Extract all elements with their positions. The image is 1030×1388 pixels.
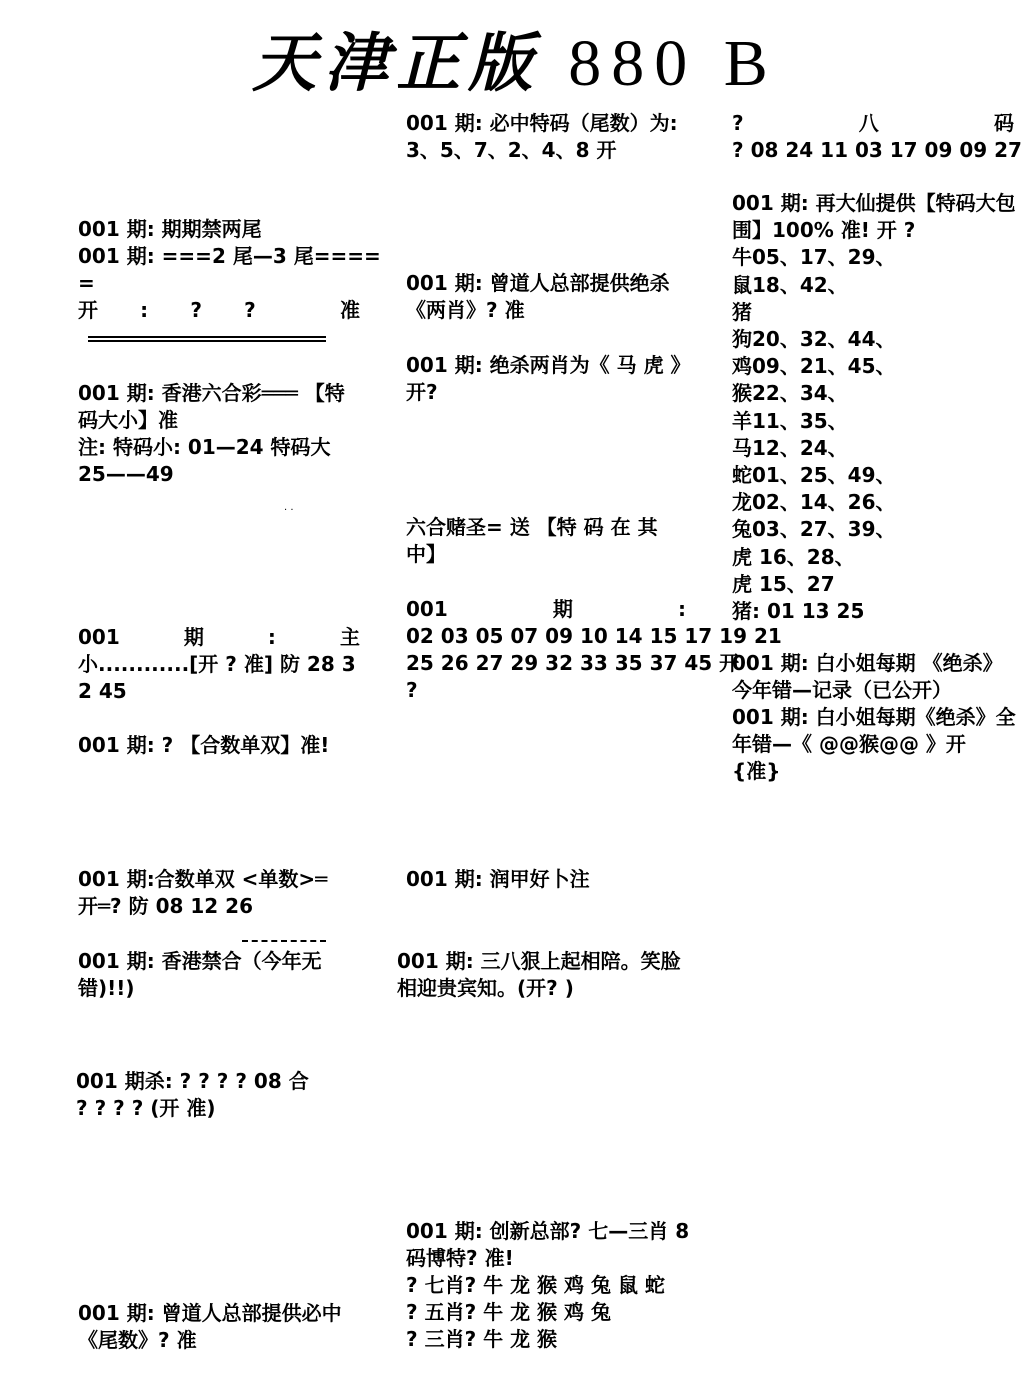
zodiac-row: 虎 15、27	[732, 571, 1022, 598]
col1-block-2: 001 期: 香港六合彩═══ 【特 码大小】准 注: 特码小: 01—24 特…	[78, 380, 360, 488]
zodiac-row: 蛇01、25、49、	[732, 462, 1022, 489]
col1-block-5: 001 期:合数单双 <单数>═ 开═? 防 08 12 26	[78, 866, 360, 920]
zodiac-row: 马12、24、	[732, 435, 1022, 462]
stray-dots: . .	[284, 502, 294, 513]
zodiac-row: 羊11、35、	[732, 408, 1022, 435]
col1-block-1: 001 期: 期期禁两尾 001 期: ===2 尾—3 尾==== = 开 :…	[78, 216, 360, 324]
zodiac-row: 龙02、14、26、	[732, 489, 1022, 516]
zodiac-row: 虎 16、28、	[732, 544, 1022, 571]
title-code: 880 B	[568, 27, 778, 100]
col2-block-5: 001 期 : 02 03 05 07 09 10 14 15 17 19 21…	[406, 596, 686, 704]
col1-block-7: 001 期杀: ? ? ? ? 08 合 ? ? ? ? (开 准)	[76, 1068, 360, 1122]
page-title: 天津正版880 B	[0, 12, 1030, 104]
zodiac-row: 牛05、17、29、	[732, 244, 1022, 271]
zodiac-row: 兔03、27、39、	[732, 516, 1022, 543]
col2-block-6: 001 期: 润甲好卜注	[406, 866, 686, 893]
col1-block-4: 001 期: ? 【合数单双】准!	[78, 732, 360, 759]
zodiac-row: 猴22、34、	[732, 380, 1022, 407]
double-divider	[88, 336, 326, 342]
col3-block-3: 001 期: 白小姐每期 《绝杀》 今年错—记录（已公开） 001 期: 白小姐…	[732, 650, 1022, 785]
title-chinese: 天津正版	[252, 26, 540, 101]
col2-block-7: 001 期: 三八狠上起相陪。笑脸 相迎贵宾知。(开? )	[397, 948, 687, 1002]
dashed-mark	[242, 940, 326, 942]
col2-block-3: 001 期: 绝杀两肖为《 马 虎 》 开?	[406, 352, 686, 406]
zodiac-row: 鸡09、21、45、	[732, 353, 1022, 380]
col2-block-4: 六合赌圣= 送 【特 码 在 其 中】	[406, 514, 686, 568]
col2-block-1: 001 期: 必中特码（尾数）为: 3、5、7、2、4、8 开	[406, 110, 686, 164]
zodiac-row: 猪: 01 13 25	[732, 598, 1022, 625]
col2-block-8: 001 期: 创新总部? 七—三肖 8 码博特? 准! ? 七肖? 牛 龙 猴 …	[406, 1218, 696, 1353]
col1-block-6: 001 期: 香港禁合（今年无 错)!!)	[78, 948, 360, 1002]
col1-block-3: 001 期 : 主 小............[开 ? 准] 防 28 3 2 …	[78, 624, 360, 705]
result-line: 开 : ? ? 准	[78, 297, 360, 324]
zodiac-row: 狗20、32、44、	[732, 326, 1022, 353]
col1-block-8: 001 期: 曾道人总部提供必中 《尾数》? 准	[78, 1300, 360, 1354]
zodiac-row: 鼠18、42、	[732, 272, 1022, 299]
col3-block-2-zodiac-list: 001 期: 再大仙提供【特码大包 围】100% 准! 开 ? 牛05、17、2…	[732, 190, 1022, 625]
col2-block-2: 001 期: 曾道人总部提供绝杀 《两肖》? 准	[406, 270, 686, 324]
zodiac-row: 猪	[732, 299, 1022, 326]
col3-block-1: ? 八 码 ? 08 24 11 03 17 09 09 27	[732, 110, 1014, 164]
